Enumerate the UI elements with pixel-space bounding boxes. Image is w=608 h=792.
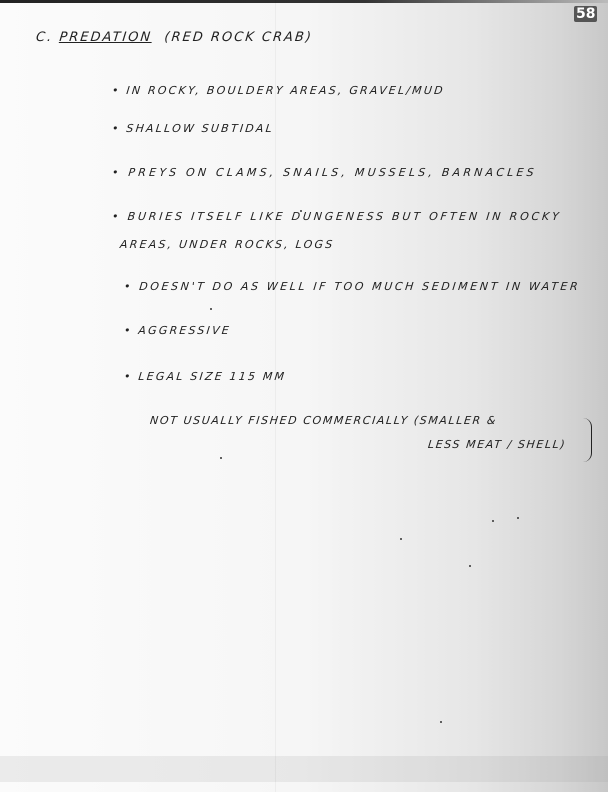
section-title: PREDATION (59, 30, 153, 45)
note-prey: • PREYS ON CLAMS, SNAILS, MUSSELS, BARNA… (111, 166, 537, 179)
speck (517, 517, 519, 519)
section-subtitle: (RED ROCK CRAB) (164, 30, 314, 45)
speck (300, 210, 302, 212)
speck (492, 520, 494, 522)
speck (469, 565, 471, 567)
section-prefix: C. (35, 30, 54, 45)
note-burying-cont: AREAS, UNDER ROCKS, LOGS (119, 238, 335, 251)
scan-top-edge (0, 0, 608, 3)
note-sediment: • DOESN'T DO AS WELL IF TOO MUCH SEDIMEN… (123, 280, 581, 293)
note-commercial: NOT USUALLY FISHED COMMERCIALLY (SMALLER… (149, 414, 497, 427)
note-legal-size: • LEGAL SIZE 115 mm (123, 370, 287, 383)
speck (220, 457, 222, 459)
speck (440, 721, 442, 723)
note-burying: • BURIES ITSELF LIKE DUNGENESS BUT OFTEN… (111, 210, 562, 223)
note-depth: • SHALLOW SUBTIDAL (111, 122, 274, 135)
section-heading: C. PREDATION (RED ROCK CRAB) (35, 30, 313, 45)
closing-bracket (583, 418, 592, 462)
scan-bottom-band (0, 756, 608, 782)
paper-fold-line (275, 0, 276, 792)
note-habitat: • IN ROCKY, BOULDERY AREAS, GRAVEL/MUD (111, 84, 445, 97)
note-aggressive: • AGGRESSIVE (123, 324, 231, 337)
page-number: 58 (574, 6, 597, 22)
speck (210, 308, 212, 310)
speck (400, 538, 402, 540)
note-commercial-cont: LESS MEAT / SHELL) (427, 438, 567, 451)
